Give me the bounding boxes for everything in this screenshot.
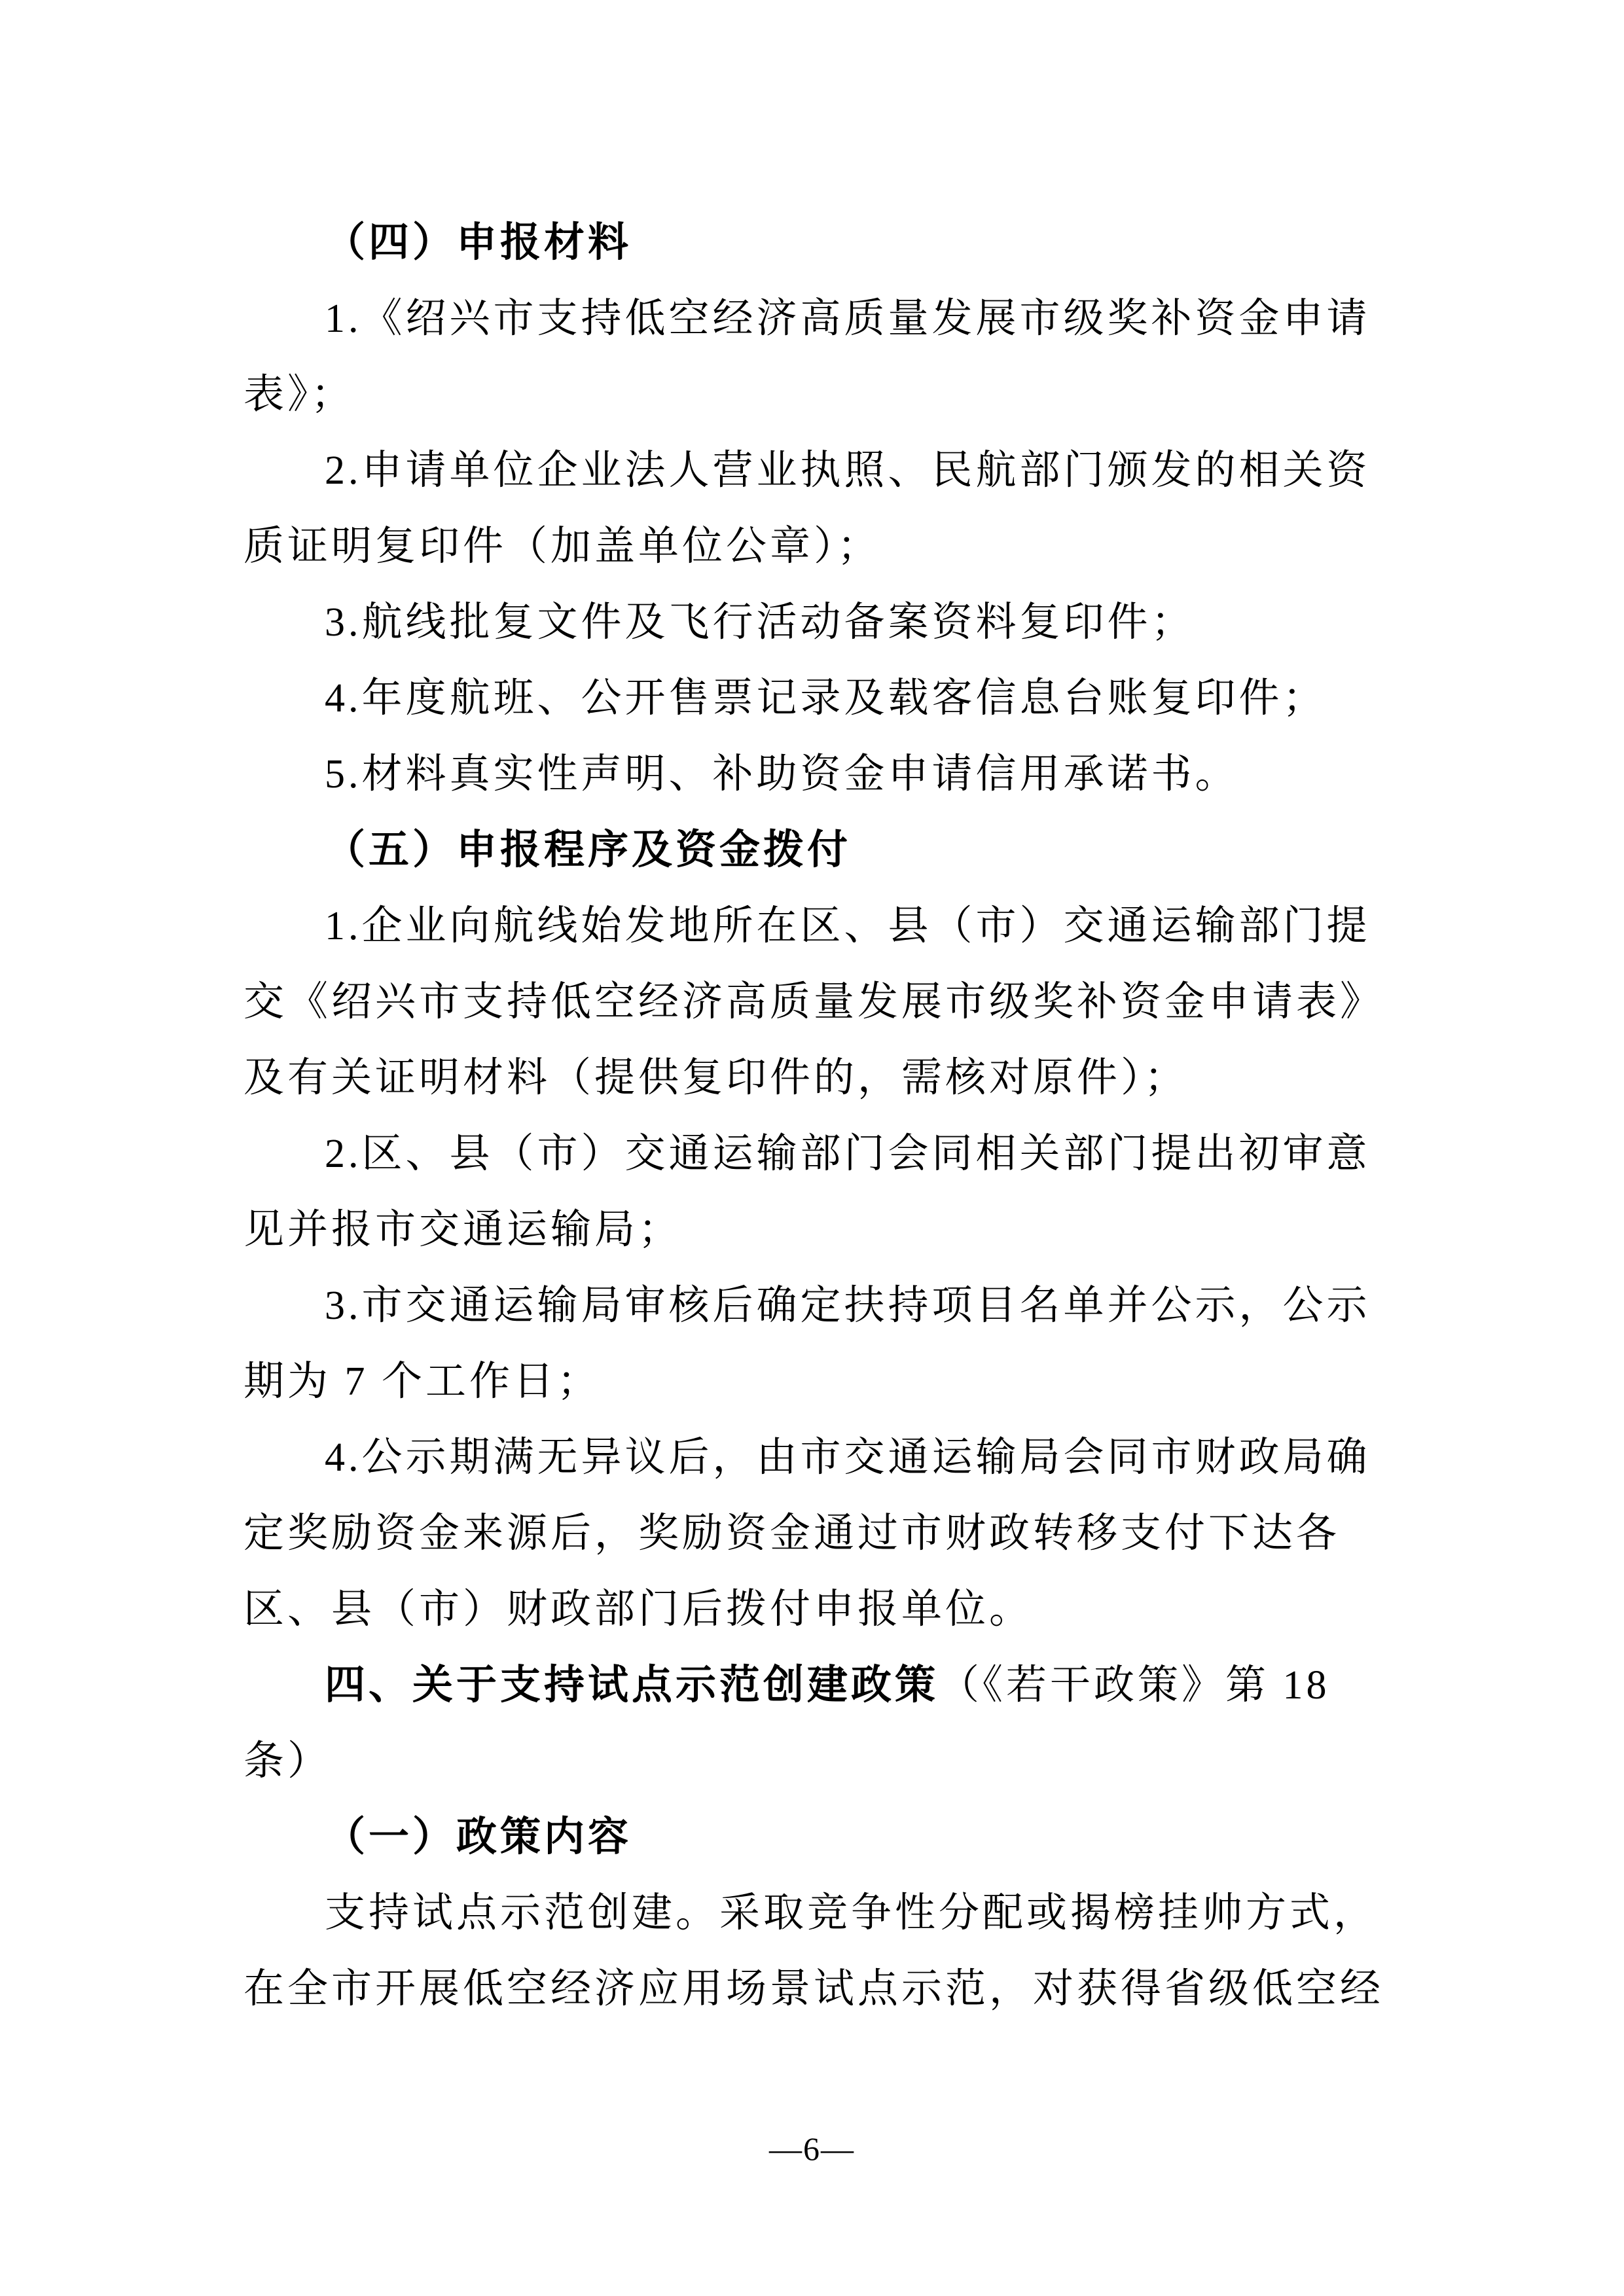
page-number: —6—: [0, 2128, 1624, 2169]
body-text-line: 区、县（市）财政部门后拨付申报单位。: [244, 1571, 1386, 1647]
body-text-line: 2.区、县（市）交通运输部门会同相关部门提出初审意: [244, 1116, 1386, 1192]
body-text-line: 见并报市交通运输局；: [244, 1192, 1386, 1268]
subsection-heading: （五）申报程序及资金拨付: [244, 812, 1386, 888]
body-text-line: 2.申请单位企业法人营业执照、民航部门颁发的相关资: [244, 433, 1386, 509]
body-text-line: 1.《绍兴市支持低空经济高质量发展市级奖补资金申请: [244, 281, 1386, 357]
subsection-heading: （一）政策内容: [244, 1799, 1386, 1875]
body-text-line: 在全市开展低空经济应用场景试点示范，对获得省级低空经: [244, 1951, 1386, 2027]
body-text-line: 支持试点示范创建。采取竞争性分配或揭榜挂帅方式，: [244, 1875, 1386, 1951]
section-heading: 四、关于支持试点示范创建政策（《若干政策》第 18: [244, 1647, 1386, 1723]
section-heading-continuation: 条）: [244, 1723, 1386, 1799]
body-text-line: 交《绍兴市支持低空经济高质量发展市级奖补资金申请表》: [244, 964, 1386, 1040]
body-text-line: 1.企业向航线始发地所在区、县（市）交通运输部门提: [244, 888, 1386, 964]
section-heading-title: 四、关于支持试点示范创建政策: [325, 1663, 939, 1708]
body-text-line: 3.航线批复文件及飞行活动备案资料复印件；: [244, 584, 1386, 660]
subsection-heading: （四）申报材料: [244, 205, 1386, 281]
document-body: （四）申报材料 1.《绍兴市支持低空经济高质量发展市级奖补资金申请 表》； 2.…: [244, 205, 1386, 2027]
body-text-line: 及有关证明材料（提供复印件的，需核对原件）；: [244, 1040, 1386, 1116]
section-heading-reference: （《若干政策》第 18: [939, 1663, 1330, 1708]
body-text-line: 表》；: [244, 357, 1386, 433]
body-text-line: 4.年度航班、公开售票记录及载客信息台账复印件；: [244, 660, 1386, 736]
body-text-line: 4.公示期满无异议后，由市交通运输局会同市财政局确: [244, 1420, 1386, 1496]
body-text-line: 期为 7 个工作日；: [244, 1344, 1386, 1420]
body-text-line: 定奖励资金来源后，奖励资金通过市财政转移支付下达各: [244, 1496, 1386, 1571]
body-text-line: 3.市交通运输局审核后确定扶持项目名单并公示，公示: [244, 1268, 1386, 1344]
document-page: （四）申报材料 1.《绍兴市支持低空经济高质量发展市级奖补资金申请 表》； 2.…: [0, 0, 1624, 2296]
body-text-line: 质证明复印件（加盖单位公章）；: [244, 509, 1386, 584]
body-text-line: 5.材料真实性声明、补助资金申请信用承诺书。: [244, 736, 1386, 812]
